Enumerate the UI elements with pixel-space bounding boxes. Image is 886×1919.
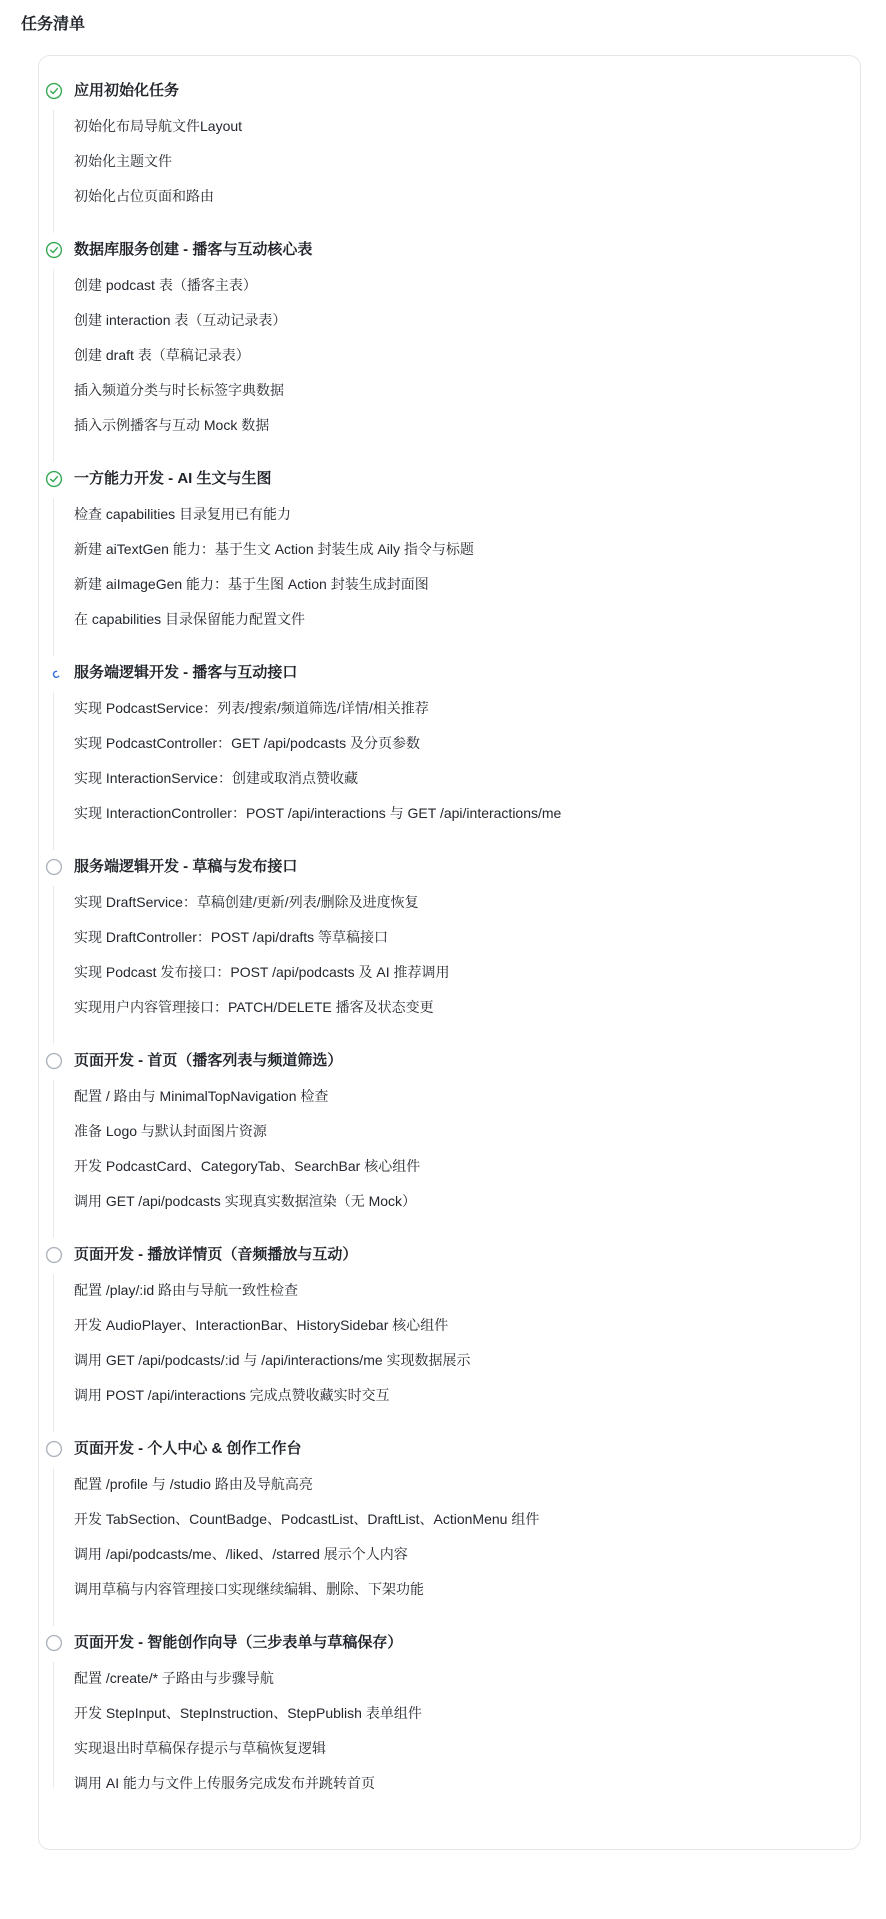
task-item: 创建 draft 表（草稿记录表） [74,344,836,366]
group-guide-line [53,269,54,462]
task-item: 开发 AudioPlayer、InteractionBar、HistorySid… [74,1314,836,1336]
task-group: 服务端逻辑开发 - 草稿与发布接口 实现 DraftService：草稿创建/更… [39,856,836,1018]
page-title: 任务清单 [21,14,886,36]
task-group: 一方能力开发 - AI 生文与生图 检查 capabilities 目录复用已有… [39,468,836,630]
task-item: 调用 GET /api/podcasts 实现真实数据渲染（无 Mock） [74,1190,836,1212]
task-group-title: 服务端逻辑开发 - 播客与互动接口 [74,662,836,684]
task-item: 实现 PodcastController：GET /api/podcasts 及… [74,732,836,754]
task-item: 调用 GET /api/podcasts/:id 与 /api/interact… [74,1349,836,1371]
task-item: 插入频道分类与时长标签字典数据 [74,379,836,401]
task-group-title: 页面开发 - 播放详情页（音频播放与互动） [74,1244,836,1266]
task-item: 在 capabilities 目录保留能力配置文件 [74,608,836,630]
task-item: 检查 capabilities 目录复用已有能力 [74,503,836,525]
status-icon[interactable] [45,1634,63,1652]
task-group-title: 服务端逻辑开发 - 草稿与发布接口 [74,856,836,878]
task-item-list: 配置 /profile 与 /studio 路由及导航高亮开发 TabSecti… [74,1473,836,1600]
task-item: 新建 aiTextGen 能力：基于生文 Action 封装生成 Aily 指令… [74,538,836,560]
task-item-list: 配置 / 路由与 MinimalTopNavigation 检查准备 Logo … [74,1085,836,1212]
task-group: 应用初始化任务 初始化布局导航文件Layout初始化主题文件初始化占位页面和路由 [39,80,836,207]
circle-icon [45,1634,63,1652]
circle-icon [45,1440,63,1458]
task-group-title: 数据库服务创建 - 播客与互动核心表 [74,239,836,261]
circle-icon [45,1246,63,1264]
task-item: 配置 /play/:id 路由与导航一致性检查 [74,1279,836,1301]
task-item: 开发 TabSection、CountBadge、PodcastList、Dra… [74,1508,836,1530]
task-item: 开发 StepInput、StepInstruction、StepPublish… [74,1702,836,1724]
task-item: 实现 InteractionController：POST /api/inter… [74,802,836,824]
task-item: 实现退出时草稿保存提示与草稿恢复逻辑 [74,1737,836,1759]
status-icon[interactable] [45,858,63,876]
group-guide-line [53,498,54,656]
task-item: 新建 aiImageGen 能力：基于生图 Action 封装生成封面图 [74,573,836,595]
task-item: 调用 AI 能力与文件上传服务完成发布并跳转首页 [74,1772,836,1794]
group-guide-line [53,1468,54,1626]
group-guide-line [53,110,54,233]
task-item: 开发 PodcastCard、CategoryTab、SearchBar 核心组… [74,1155,836,1177]
task-item: 实现 Podcast 发布接口：POST /api/podcasts 及 AI … [74,961,836,983]
status-icon[interactable] [45,470,63,488]
task-item: 实现用户内容管理接口：PATCH/DELETE 播客及状态变更 [74,996,836,1018]
circle-icon [45,1052,63,1070]
check-circle-icon [45,82,63,100]
task-group: 页面开发 - 首页（播客列表与频道筛选） 配置 / 路由与 MinimalTop… [39,1050,836,1212]
task-item: 调用 /api/podcasts/me、/liked、/starred 展示个人… [74,1543,836,1565]
task-item-list: 配置 /play/:id 路由与导航一致性检查开发 AudioPlayer、In… [74,1279,836,1406]
task-item-list: 配置 /create/* 子路由与步骤导航开发 StepInput、StepIn… [74,1667,836,1794]
task-item-list: 实现 PodcastService：列表/搜索/频道筛选/详情/相关推荐实现 P… [74,697,836,824]
spinner-icon [45,664,63,682]
task-group: 页面开发 - 个人中心 & 创作工作台 配置 /profile 与 /studi… [39,1438,836,1600]
group-guide-line [53,1274,54,1432]
group-guide-line [53,1662,54,1788]
task-item: 初始化布局导航文件Layout [74,115,836,137]
task-group: 数据库服务创建 - 播客与互动核心表 创建 podcast 表（播客主表）创建 … [39,239,836,436]
task-item: 调用草稿与内容管理接口实现继续编辑、删除、下架功能 [74,1578,836,1600]
task-group-title: 应用初始化任务 [74,80,836,102]
task-item: 准备 Logo 与默认封面图片资源 [74,1120,836,1142]
check-circle-icon [45,241,63,259]
task-item: 实现 DraftService：草稿创建/更新/列表/删除及进度恢复 [74,891,836,913]
task-item-list: 实现 DraftService：草稿创建/更新/列表/删除及进度恢复实现 Dra… [74,891,836,1018]
task-group-title: 页面开发 - 首页（播客列表与频道筛选） [74,1050,836,1072]
task-item: 实现 InteractionService：创建或取消点赞收藏 [74,767,836,789]
circle-icon [45,858,63,876]
task-item: 调用 POST /api/interactions 完成点赞收藏实时交互 [74,1384,836,1406]
task-item: 创建 interaction 表（互动记录表） [74,309,836,331]
task-item: 插入示例播客与互动 Mock 数据 [74,414,836,436]
task-item: 创建 podcast 表（播客主表） [74,274,836,296]
status-icon[interactable] [45,241,63,259]
group-guide-line [53,886,54,1044]
task-item: 配置 /profile 与 /studio 路由及导航高亮 [74,1473,836,1495]
status-icon[interactable] [45,82,63,100]
task-group: 页面开发 - 智能创作向导（三步表单与草稿保存） 配置 /create/* 子路… [39,1632,836,1794]
task-group-title: 页面开发 - 智能创作向导（三步表单与草稿保存） [74,1632,836,1654]
task-item: 配置 / 路由与 MinimalTopNavigation 检查 [74,1085,836,1107]
status-icon[interactable] [45,664,63,682]
task-item: 实现 PodcastService：列表/搜索/频道筛选/详情/相关推荐 [74,697,836,719]
group-guide-line [53,1080,54,1238]
task-list-page: 任务清单 应用初始化任务 初始化布局导航文件Layout初始化主题文件初始化占位… [0,14,886,1850]
status-icon[interactable] [45,1052,63,1070]
task-group-list: 应用初始化任务 初始化布局导航文件Layout初始化主题文件初始化占位页面和路由… [39,80,836,1794]
task-list-card: 应用初始化任务 初始化布局导航文件Layout初始化主题文件初始化占位页面和路由… [38,55,861,1850]
task-item: 配置 /create/* 子路由与步骤导航 [74,1667,836,1689]
task-group: 页面开发 - 播放详情页（音频播放与互动） 配置 /play/:id 路由与导航… [39,1244,836,1406]
status-icon[interactable] [45,1440,63,1458]
task-group-title: 页面开发 - 个人中心 & 创作工作台 [74,1438,836,1460]
group-guide-line [53,692,54,850]
task-item-list: 检查 capabilities 目录复用已有能力新建 aiTextGen 能力：… [74,503,836,630]
task-item-list: 初始化布局导航文件Layout初始化主题文件初始化占位页面和路由 [74,115,836,207]
check-circle-icon [45,470,63,488]
task-item: 初始化主题文件 [74,150,836,172]
task-item-list: 创建 podcast 表（播客主表）创建 interaction 表（互动记录表… [74,274,836,436]
task-item: 实现 DraftController：POST /api/drafts 等草稿接… [74,926,836,948]
status-icon[interactable] [45,1246,63,1264]
task-group-title: 一方能力开发 - AI 生文与生图 [74,468,836,490]
task-item: 初始化占位页面和路由 [74,185,836,207]
task-group: 服务端逻辑开发 - 播客与互动接口 实现 PodcastService：列表/搜… [39,662,836,824]
